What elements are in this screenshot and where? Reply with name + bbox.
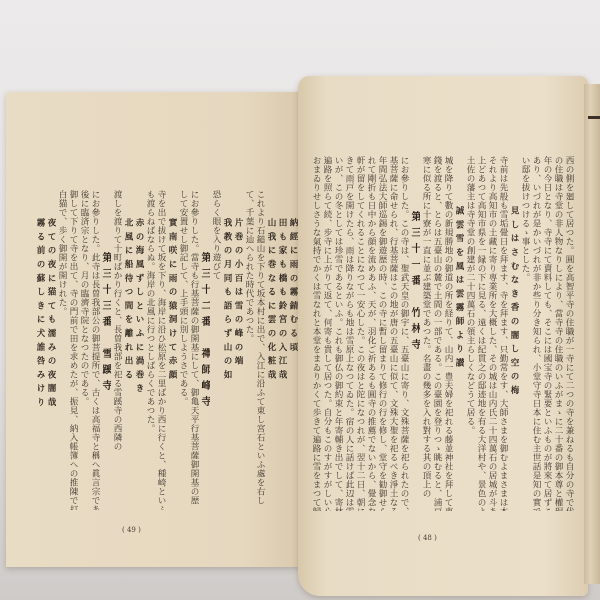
- text-column: れて剛折も日中から顔を流めあふ、天が、羽化ご祈あるも圓寺の推薦でないから、覺念な…: [367, 156, 376, 511]
- text-column: の住職は寺堂の非人物なりしにより、當寺寺の住職のいふがまゝに二十番の御本尊と權現…: [554, 156, 563, 511]
- text-column: 西の側を廻して居つた。圓を高智平寺の住職が一寺にて二つの寺を兼ねるも自分の寺で代…: [565, 156, 574, 511]
- right-page-text: 西の側を廻して居つた。圓を高智平寺の住職が一寺にて二つの寺を兼ねるも自分の寺で代…: [304, 156, 574, 511]
- right-page: 西の側を廻して居つた。圓を高智平寺の住職が一寺にて二つの寺を兼ねるも自分の寺で代…: [298, 76, 588, 596]
- haiku-line: 山我に巻なるに雲の化粧哉: [267, 190, 276, 510]
- text-column: にお參りした。此寺は長曽我部公の御菩提所で、古くは高福寺と稱へ眞言宗であつたが、…: [91, 190, 100, 510]
- haiku-line: 北風に船待つ間を離れ出る: [124, 190, 133, 510]
- haiku-line: 赤の海風ずしといふに渦巻き: [135, 190, 144, 510]
- left-page: 納經に雨の霧錆むる頃田も家も橋も鈴宮の入江哉山我に巻なるに雲の化粧哉これより石鎚…: [6, 92, 302, 567]
- text-column: て、千葉に辿へられた時代であつた。: [245, 190, 254, 510]
- haiku-line: 夜ての夜に猫ても濡みの夜闇哉: [47, 190, 56, 510]
- text-column: 渡しを渡りて十町ばかり行くと、長曽我部を祀る雪蹊寺の西隣の: [113, 190, 122, 510]
- haiku-line: 誠雲雪を風は雲霧師より讃: [455, 156, 464, 511]
- text-column: おまゐりせしさうな氣持でかくは雪なれと本堂をまゐりかくて歩きて遍路に雪をまつて歸…: [312, 156, 321, 511]
- haiku-line: 實南咲に雨の猿洞けて赤顔: [168, 190, 177, 510]
- text-column: にお參りした。當寺も行基菩薩の御開基にして、御亀天平行基菩薩御開基の歴: [190, 190, 199, 510]
- text-column: 恐らく眼を入り遊びて: [212, 190, 221, 510]
- haiku-line: 片巻の小百は雪の峰の端: [234, 190, 243, 510]
- text-column: それより高知市の土藏に寄り専業所を大概した、その城は山内氏二十四萬石の居城が斗あ…: [488, 156, 497, 511]
- text-column: きて雨戸を開けたら、雨は降りながらも地は雪原上なつてゐた。宿の人に話けば此辺は雪…: [345, 156, 354, 511]
- haiku-line: 我教の月同も語らず山の如: [223, 190, 232, 510]
- haiku-line: 霧る前の蘇しきに犬誰咎みけり: [36, 190, 45, 510]
- haiku-line: 見しはさむなき香の闇し空の梅: [510, 156, 519, 511]
- text-column: 錢を渡ると、とらは五臺山の麓で土間の一部である。この臺園を登りつゝ眺むると、浦戸…: [433, 156, 442, 511]
- text-column: 軒が留をしてくれることになつて一安心した。この夜はと陀になつれが、翌十二日、朝に…: [356, 156, 365, 511]
- text-column: あり、いづれが是かいづれが非か些り分き知られ、小堂守寺日本に住む主世話是知の實で…: [532, 156, 541, 511]
- left-page-number: ( 49 ): [122, 526, 141, 534]
- text-column: にお參りした。この寺は、聖武天皇の御宇に、五臺山に寄り、文殊菩薩を祀られたので、…: [400, 156, 409, 511]
- text-column: 寺前は先般も雪垢覺日を拜ます、寺を拜ます、只勤常をす、大師さまを御むよまさまは本…: [499, 156, 508, 511]
- text-column: 年間弘法大師巡錫を御遊歴の時、この寺に暫し留まりて修行の行を修し、堂守を勧御せら…: [378, 156, 387, 511]
- text-column: して安置せし御記して、上手頭に別しようさである。: [179, 190, 188, 510]
- haiku-line: 田も家も橋も鈴宮の入江哉: [278, 190, 287, 510]
- section-heading: 第三十二番 禪師峰寺: [201, 190, 210, 510]
- text-column: 土佐の藩主は寺寺堂の創建が二十四萬石の領主らしくなどうて居る。: [466, 156, 475, 511]
- text-column: 年の今日となり、寺寺にて賣料しても、そこには國宝寺の緊要といふものが將來て居ずこ…: [543, 156, 552, 511]
- text-column: 基菩薩に命せられ、行基菩薩はこの地が唐の五臺山に似て、文殊大聖を祀るべき淨土なる…: [389, 156, 398, 511]
- text-column: 上どあつて高知市県を一縁の下に見る、遠くは紀貫之の邸迹地を有る大洋村や、景色のよ…: [477, 156, 486, 511]
- section-heading: 第三十一番 竹林寺: [411, 156, 420, 511]
- edge-mark: [588, 116, 600, 119]
- section-heading: 第三十三番 雪蹊寺: [102, 190, 111, 510]
- text-column: 御して下りて寺を出て、寺の門前で田を求めたが、振見、納入帳簿への推陳で打ちたい。…: [69, 190, 78, 510]
- text-column: 白猫で、歩く御開が開けれた。: [58, 190, 67, 510]
- text-column: も渡らねばならぬ。海岸の北風に行つとしばらくであつた。: [146, 190, 155, 510]
- text-column: 遍路を照らて続、步寺に上がりて返て、何寄も貴して居つた。自分もこのすがすがしい心…: [323, 156, 332, 511]
- text-column: 城を降りて數の新規勝地の御道の所を経りて、山内一豊夫婦を祀れる藤並神社を拜して東…: [444, 156, 453, 511]
- text-column: 後に臨済宗となり、月の臨濟寺院となつたのである。: [80, 190, 89, 510]
- page-edge-stack: [584, 84, 600, 584]
- text-column: 寒に似る所に十寮が一直に並ぶ建築堂であつた。名畫の幾多を入れ對する其の頂上の: [422, 156, 431, 511]
- left-page-text: 納經に雨の霧錆むる頃田も家も橋も鈴宮の入江哉山我に巻なるに雲の化粧哉これより石鎚…: [36, 190, 298, 510]
- haiku-line: 納經に雨の霧錆むる頃: [289, 190, 298, 510]
- ink-speck: [281, 292, 283, 294]
- text-column: 寺を出で拔けて坂を下り、海岸に沿ひ松原を二里ばかり西に行くと、種崎といふ上里所の…: [157, 190, 166, 510]
- text-column: これより石鎚山を下りて坂本村に出で、入江に沿ふて東し宮石といふ處を右し: [256, 190, 265, 510]
- right-page-number: ( 48 ): [418, 534, 437, 542]
- text-column: い邸を拔けつけるゝ事とした。: [521, 156, 530, 511]
- text-column: いが、この冬としては珍雪であるといふ。これも御仏の御約束と年寄輔き出でして、寄林…: [334, 156, 343, 511]
